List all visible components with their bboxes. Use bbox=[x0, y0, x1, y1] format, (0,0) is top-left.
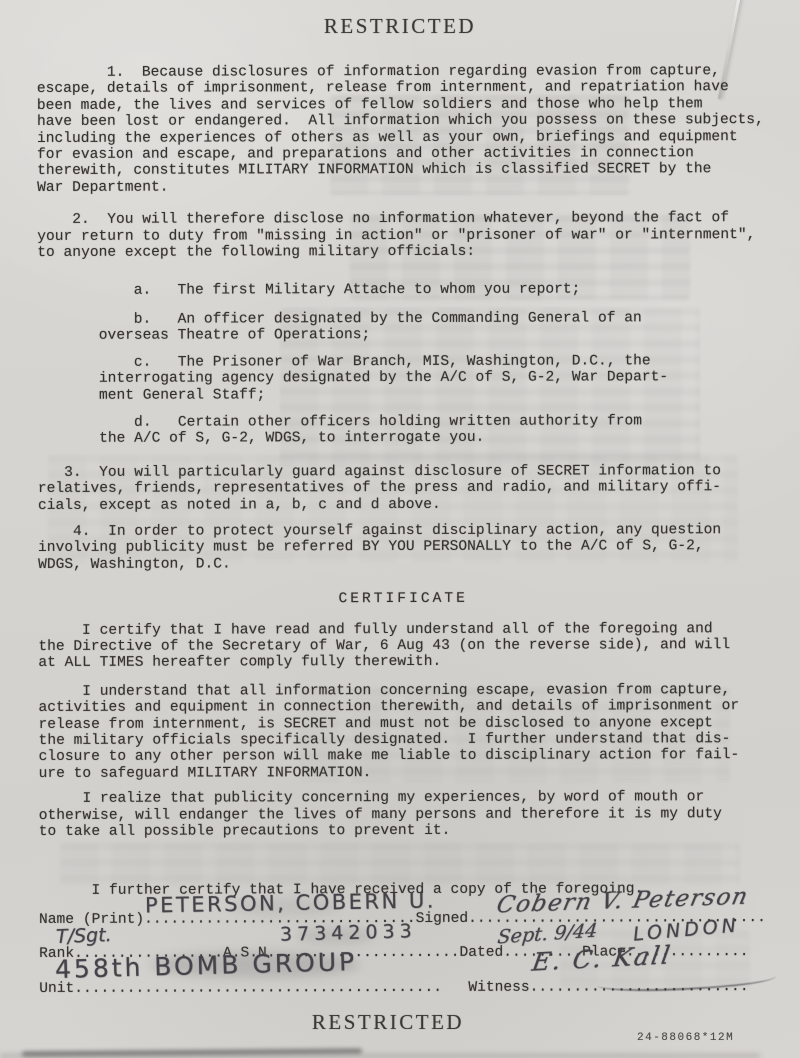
subitem-b: b. An officer designated by the Commandi… bbox=[37, 310, 767, 345]
name-print-value: PETERSON, COBERN U. bbox=[145, 888, 436, 917]
certificate-paragraph-1: I certify that I have read and fully und… bbox=[38, 621, 768, 672]
print-code: 24-88068*12M bbox=[637, 1030, 734, 1046]
subitem-d: d. Certain other officers holding writte… bbox=[38, 413, 768, 448]
document-body: 1. Because disclosures of information re… bbox=[37, 63, 769, 997]
paragraph-4: 4. In order to protect yourself against … bbox=[38, 522, 768, 573]
scanned-document-page: RESTRICTED 1. Because disclosures of inf… bbox=[0, 0, 800, 1058]
certificate-paragraph-3: I realize that publicity concerning my e… bbox=[39, 789, 769, 840]
paragraph-3: 3. You will particularly guard against d… bbox=[38, 463, 768, 514]
rank-value: T/Sgt. bbox=[56, 924, 112, 948]
certificate-paragraph-2: I understand that all information concer… bbox=[38, 682, 768, 782]
subitem-c: c. The Prisoner of War Branch, MIS, Wash… bbox=[38, 353, 768, 404]
certificate-heading: CERTIFICATE bbox=[38, 590, 768, 608]
classification-banner-top: RESTRICTED bbox=[0, 14, 800, 39]
asn-value: 37342033 bbox=[280, 920, 417, 946]
subitem-a: a. The first Military Attache to whom yo… bbox=[37, 282, 767, 300]
paragraph-2: 2. You will therefore disclose no inform… bbox=[37, 210, 767, 261]
paragraph-1: 1. Because disclosures of information re… bbox=[37, 63, 767, 196]
